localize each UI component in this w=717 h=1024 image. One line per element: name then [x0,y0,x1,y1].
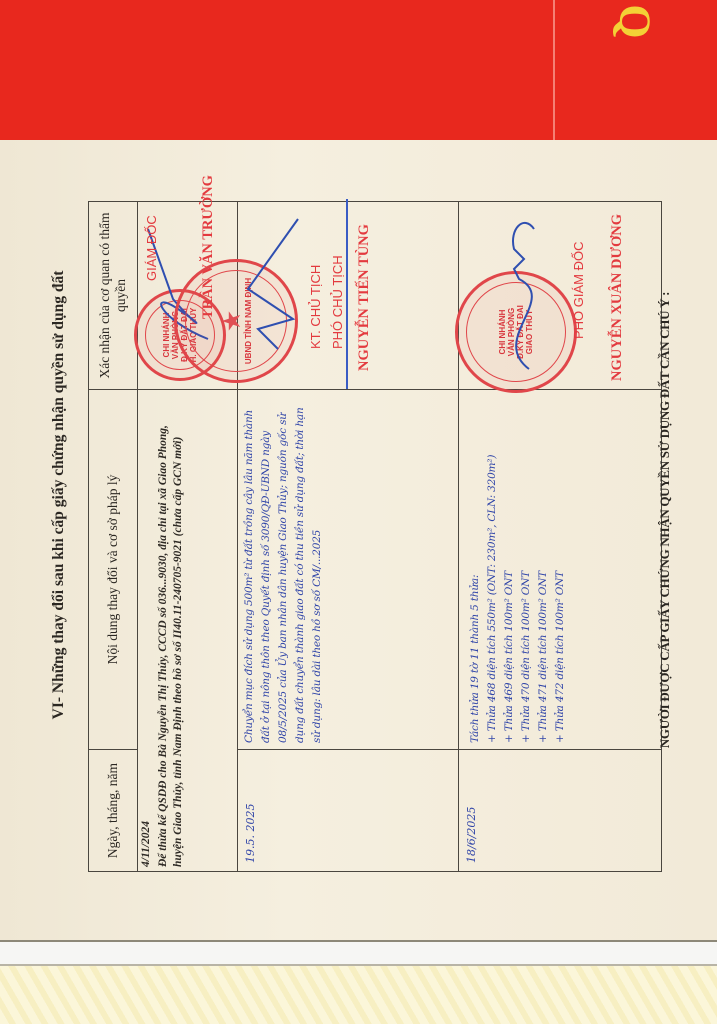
signer-prefix: KT. CHỦ TỊCH [308,265,323,349]
row1-date: 4/11/2024 [138,390,154,871]
row2-confirm-cell: ★ UBND TỈNH NAM ĐỊNH KT. CHỦ TỊCH PHÓ CH… [238,202,459,390]
header-date: Ngày, tháng, năm [89,750,138,872]
row2-content-cell: Chuyển mục đích sử dụng 500m² từ đất trồ… [238,390,459,750]
signer-name: NGUYỄN XUÂN DƯƠNG [609,214,626,381]
signature-icon [479,209,559,379]
row3-line: + Thửa 471 diện tích 100m² ONT [535,396,552,743]
next-page-edge [0,966,717,1024]
row2-content: Chuyển mục đích sử dụng 500m² từ đất trồ… [238,390,329,749]
table-row: 18/6/2025 Tách thửa 19 tờ 11 thành 5 thử… [459,202,662,872]
table-header-row: Ngày, tháng, năm Nội dung thay đổi và cơ… [89,202,138,872]
rotated-page-content: VI- Những thay đổi sau khi cấp giấy chứn… [40,140,680,900]
signer-name: NGUYỄN TIẾN TÙNG [356,224,373,371]
certificate-red-cover: Q [0,0,717,145]
row3-line: + Thửa 472 diện tích 100m² ONT [552,396,569,743]
row3-line: + Thửa 468 diện tích 550m² (ONT: 230m², … [484,396,501,743]
row1-date-content-cell: 4/11/2024 Để thừa kế QSDĐ cho Bà Nguyễn … [138,390,238,872]
row2-date: 19.5. 2025 [238,750,263,871]
pen-stroke [346,199,348,389]
header-confirm: Xác nhận của cơ quan có thẩm quyền [89,202,138,390]
row2-date-cell: 19.5. 2025 [238,750,459,872]
changes-table: Ngày, tháng, năm Nội dung thay đổi và cơ… [88,201,662,872]
cover-title-letter: Q [610,4,661,38]
row3-line: + Thửa 469 diện tích 100m² ONT [501,396,518,743]
signature-icon [238,209,338,369]
header-content: Nội dung thay đổi và cơ sở pháp lý [89,390,138,750]
row3-date-cell: 18/6/2025 [459,750,662,872]
row1-content: Để thừa kế QSDĐ cho Bà Nguyễn Thị Thủy, … [154,390,188,871]
table-row: 19.5. 2025 Chuyển mục đích sử dụng 500m²… [238,202,459,872]
signer-role: PHÓ GIÁM ĐỐC [571,241,586,339]
row3-confirm-cell: CHI NHÁNH VĂN PHÒNG Đ.KÝ ĐẤT ĐAI GIAO TH… [459,202,662,390]
section-title: VI- Những thay đổi sau khi cấp giấy chứn… [50,185,68,805]
cover-fold-crease [553,0,555,145]
page-gap [0,942,717,966]
row3-content-cell: Tách thửa 19 tờ 11 thành 5 thửa: + Thửa … [459,390,662,750]
footer-notice: NGƯỜI ĐƯỢC CẤP GIẤY CHỨNG NHẬN QUYỀN SỬ … [657,140,673,900]
signer-role: GIÁM ĐỐC [144,215,159,281]
row3-line: + Thửa 470 diện tích 100m² ONT [518,396,535,743]
row3-line: Tách thửa 19 tờ 11 thành 5 thửa: [467,396,484,743]
signer-role: PHÓ CHỦ TỊCH [330,255,345,349]
row3-date: 18/6/2025 [459,750,484,871]
